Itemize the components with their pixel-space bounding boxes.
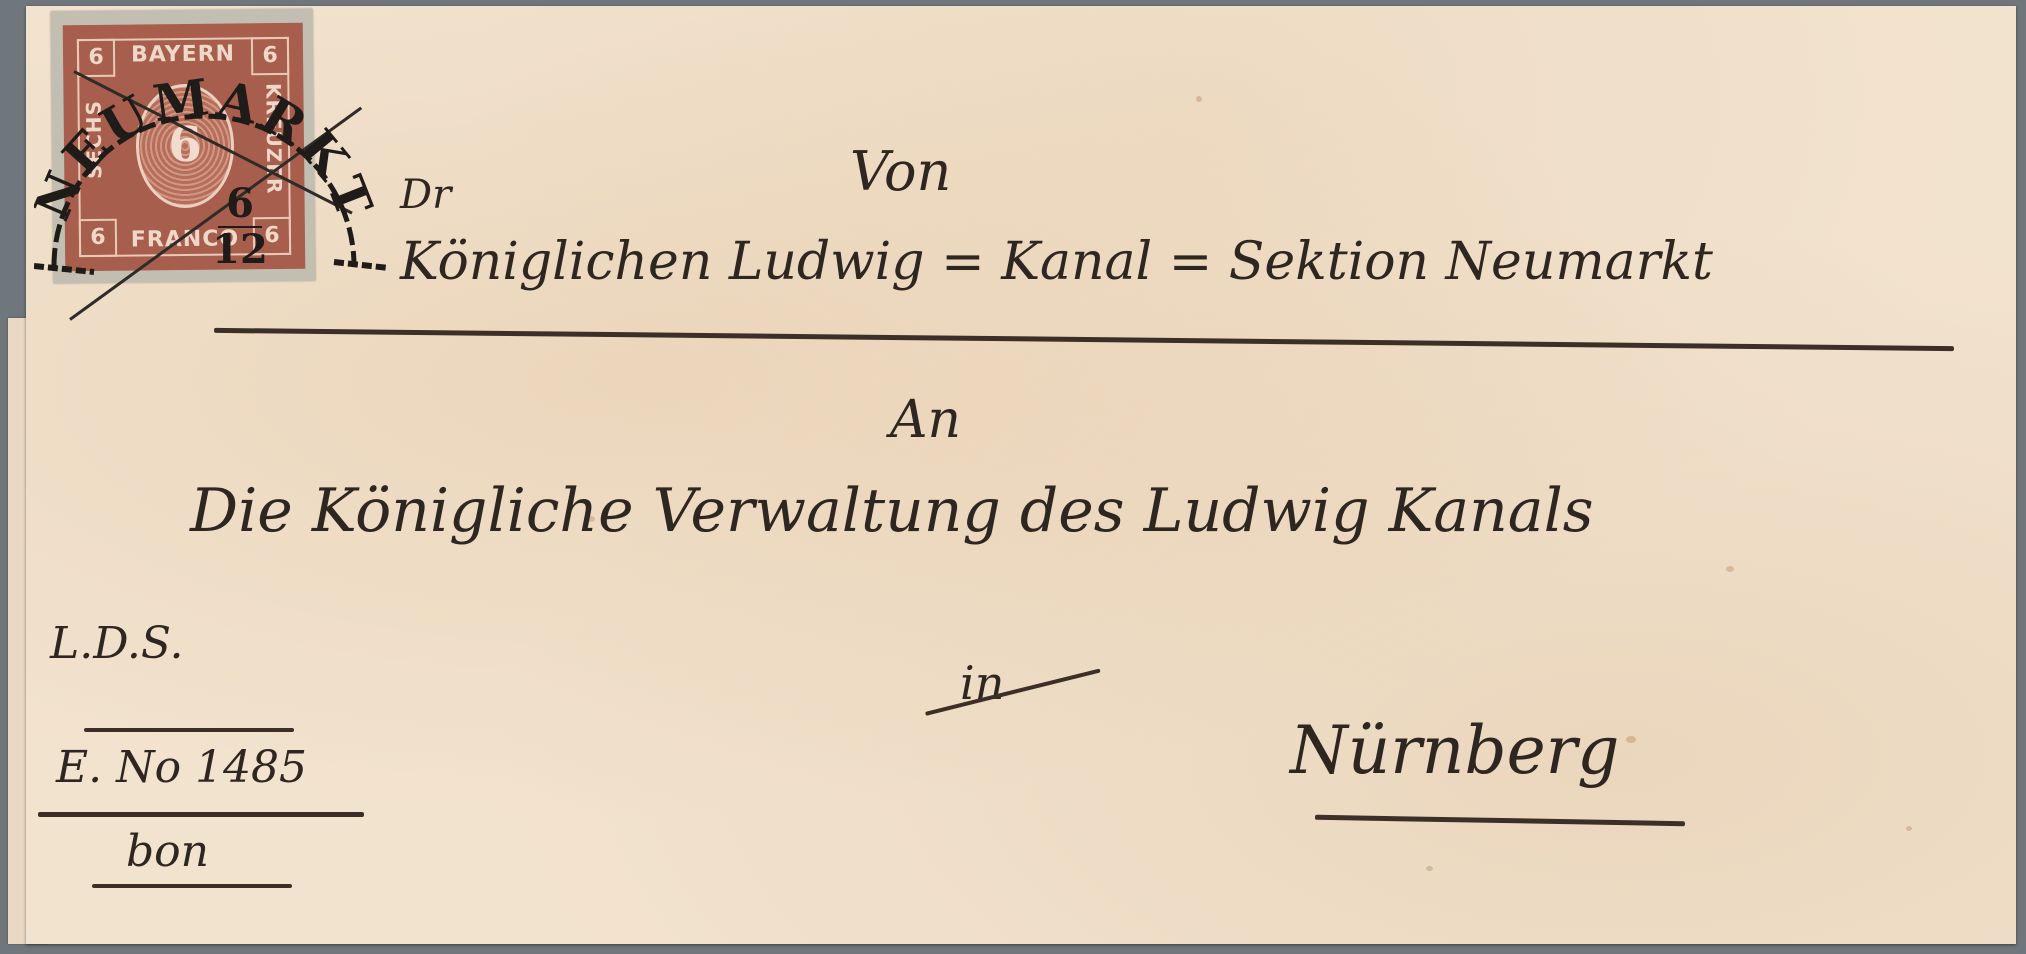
note-lds: L.D.S. [50, 618, 183, 669]
note-underline [84, 728, 294, 732]
destination-city: Nürnberg [1290, 712, 1619, 789]
foxing-spot [1906, 826, 1912, 831]
sender-prefix: Dr [400, 172, 451, 218]
an-text: An [890, 390, 961, 450]
foxing-spot [1196, 96, 1202, 102]
sender-line: Königlichen Ludwig = Kanal = Sektion Neu… [400, 232, 1713, 292]
note-underline [38, 812, 364, 817]
von-text: Von [850, 140, 951, 203]
foxing-spot [1626, 736, 1636, 743]
postmark-day: 6 [210, 182, 270, 226]
foxing-spot [1426, 866, 1433, 871]
recipient-line: Die Königliche Verwaltung des Ludwig Kan… [190, 476, 1594, 546]
postmark-month: 12 [210, 228, 270, 272]
foxing-spot [1726, 566, 1734, 572]
postmark-date: 6 12 [210, 182, 270, 272]
note-underline [92, 884, 292, 888]
note-bon: bon [126, 826, 209, 877]
note-number: E. No 1485 [56, 742, 307, 793]
